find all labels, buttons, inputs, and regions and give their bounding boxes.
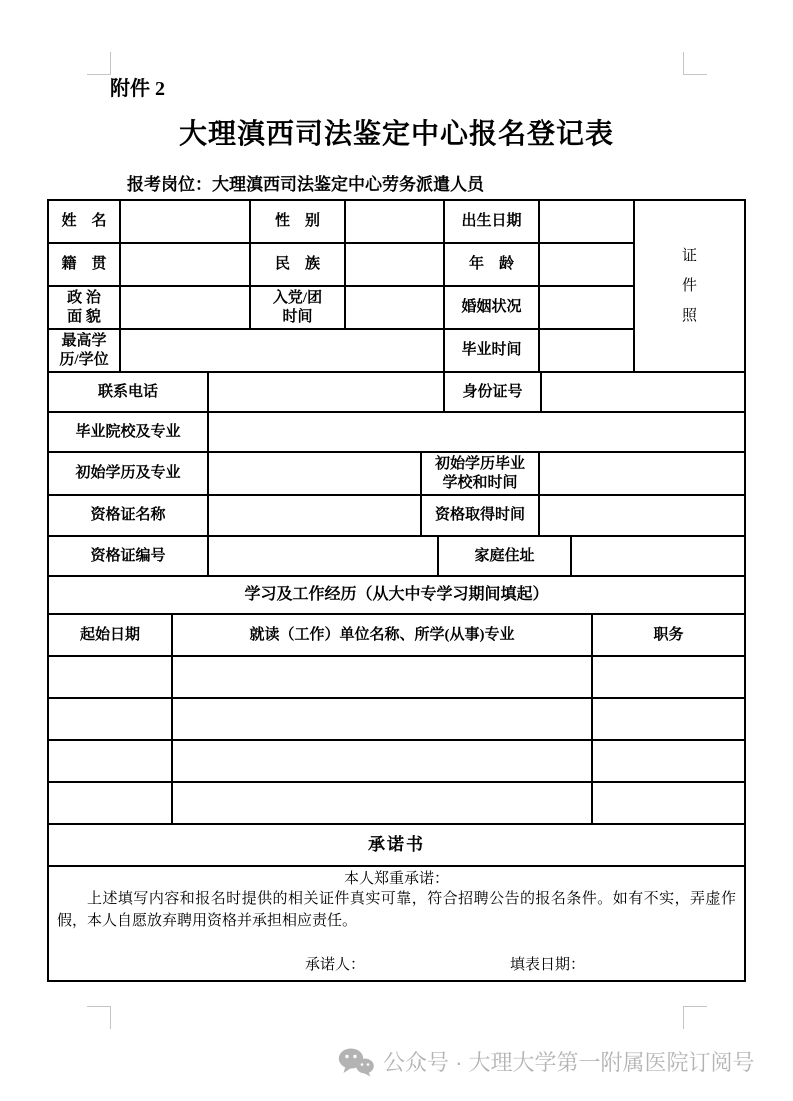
party-join-time-label: 入党/团 时间: [251, 287, 346, 330]
graduate-school-value-cell[interactable]: [209, 413, 746, 453]
gender-value-cell[interactable]: [346, 201, 445, 244]
experience-row: [49, 699, 746, 741]
experience-unit-major-cell[interactable]: [173, 783, 593, 825]
photo-cell[interactable]: 证 件 照: [635, 201, 746, 373]
crop-mark-top-left: [87, 52, 111, 75]
commitment-header: 承诺书: [49, 825, 746, 867]
marital-status-label: 婚姻状况: [445, 287, 540, 330]
ethnicity-label: 民 族: [251, 244, 346, 287]
experience-row: [49, 741, 746, 783]
watermark-text: 公众号 · 大理大学第一附属医院订阅号: [383, 1046, 755, 1077]
party-join-time-value-cell[interactable]: [346, 287, 445, 330]
age-label: 年 龄: [445, 244, 540, 287]
id-number-label: 身份证号: [445, 373, 542, 413]
experience-start-date-cell[interactable]: [49, 657, 173, 699]
highest-education-value-cell[interactable]: [121, 330, 445, 373]
page-title: 大理滇西司法鉴定中心报名登记表: [0, 112, 793, 152]
commitment-body: 上述填写内容和报名时提供的相关证件真实可靠，符合招聘公告的报名条件。如有不实，弄…: [57, 889, 736, 933]
wechat-watermark: 公众号 · 大理大学第一附属医院订阅号: [338, 1046, 755, 1077]
crop-mark-top-right: [683, 52, 707, 75]
political-status-label: 政 治 面 貌: [49, 287, 121, 330]
name-value-cell[interactable]: [121, 201, 251, 244]
certificate-obtain-time-value-cell[interactable]: [540, 496, 746, 537]
wechat-bubbles-icon: [338, 1047, 374, 1077]
experience-section-header: 学习及工作经历（从大中专学习期间填起）: [49, 577, 746, 615]
birth-date-label: 出生日期: [445, 201, 540, 244]
fill-date-label: 填表日期：: [510, 953, 585, 974]
experience-unit-major-cell[interactable]: [173, 741, 593, 783]
experience-unit-major-cell[interactable]: [173, 699, 593, 741]
ethnicity-value-cell[interactable]: [346, 244, 445, 287]
certificate-obtain-time-label: 资格取得时间: [422, 496, 540, 537]
id-number-value-cell[interactable]: [542, 373, 746, 413]
experience-start-date-cell[interactable]: [49, 741, 173, 783]
home-address-value-cell[interactable]: [572, 537, 746, 577]
name-label: 姓 名: [49, 201, 121, 244]
gender-label: 性 别: [251, 201, 346, 244]
experience-duty-cell[interactable]: [593, 699, 746, 741]
certificate-name-value-cell[interactable]: [209, 496, 422, 537]
experience-col-unit-major: 就读（工作）单位名称、所学(从事)专业: [173, 615, 593, 657]
registration-form-table: 姓 名 性 别 出生日期 籍 贯 民 族 年 龄 政 治 面 貌 入党/团 时间: [47, 199, 746, 982]
marital-status-value-cell[interactable]: [540, 287, 635, 330]
initial-education-school-time-value-cell[interactable]: [540, 453, 746, 496]
crop-mark-bottom-right: [683, 1006, 707, 1029]
experience-col-start-date: 起始日期: [49, 615, 173, 657]
signer-label: 承诺人：: [305, 953, 365, 974]
certificate-number-value-cell[interactable]: [209, 537, 439, 577]
political-status-value-cell[interactable]: [121, 287, 251, 330]
experience-duty-cell[interactable]: [593, 783, 746, 825]
native-place-value-cell[interactable]: [121, 244, 251, 287]
birth-date-value-cell[interactable]: [540, 201, 635, 244]
initial-education-value-cell[interactable]: [209, 453, 422, 496]
position-subtitle: 报考岗位：大理滇西司法鉴定中心劳务派遣人员: [127, 170, 484, 195]
experience-row: [49, 657, 746, 699]
experience-col-duty: 职务: [593, 615, 746, 657]
experience-duty-cell[interactable]: [593, 741, 746, 783]
graduation-time-value-cell[interactable]: [540, 330, 635, 373]
age-value-cell[interactable]: [540, 244, 635, 287]
certificate-name-label: 资格证名称: [49, 496, 209, 537]
experience-duty-cell[interactable]: [593, 657, 746, 699]
graduation-time-label: 毕业时间: [445, 330, 540, 373]
experience-unit-major-cell[interactable]: [173, 657, 593, 699]
native-place-label: 籍 贯: [49, 244, 121, 287]
attachment-label: 附件 2: [110, 72, 165, 101]
experience-row: [49, 783, 746, 825]
experience-start-date-cell[interactable]: [49, 699, 173, 741]
crop-mark-bottom-left: [87, 1006, 111, 1029]
basic-info-block: 姓 名 性 别 出生日期 籍 贯 民 族 年 龄 政 治 面 貌 入党/团 时间: [49, 201, 746, 373]
initial-education-school-time-label: 初始学历毕业 学校和时间: [422, 453, 540, 496]
phone-value-cell[interactable]: [209, 373, 445, 413]
initial-education-label: 初始学历及专业: [49, 453, 209, 496]
home-address-label: 家庭住址: [439, 537, 572, 577]
experience-start-date-cell[interactable]: [49, 783, 173, 825]
phone-label: 联系电话: [49, 373, 209, 413]
commitment-intro: 本人郑重承诺：: [55, 869, 738, 889]
certificate-number-label: 资格证编号: [49, 537, 209, 577]
commitment-content: 本人郑重承诺： 上述填写内容和报名时提供的相关证件真实可靠，符合招聘公告的报名条…: [49, 867, 746, 982]
graduate-school-label: 毕业院校及专业: [49, 413, 209, 453]
highest-education-label: 最高学 历/学位: [49, 330, 121, 373]
